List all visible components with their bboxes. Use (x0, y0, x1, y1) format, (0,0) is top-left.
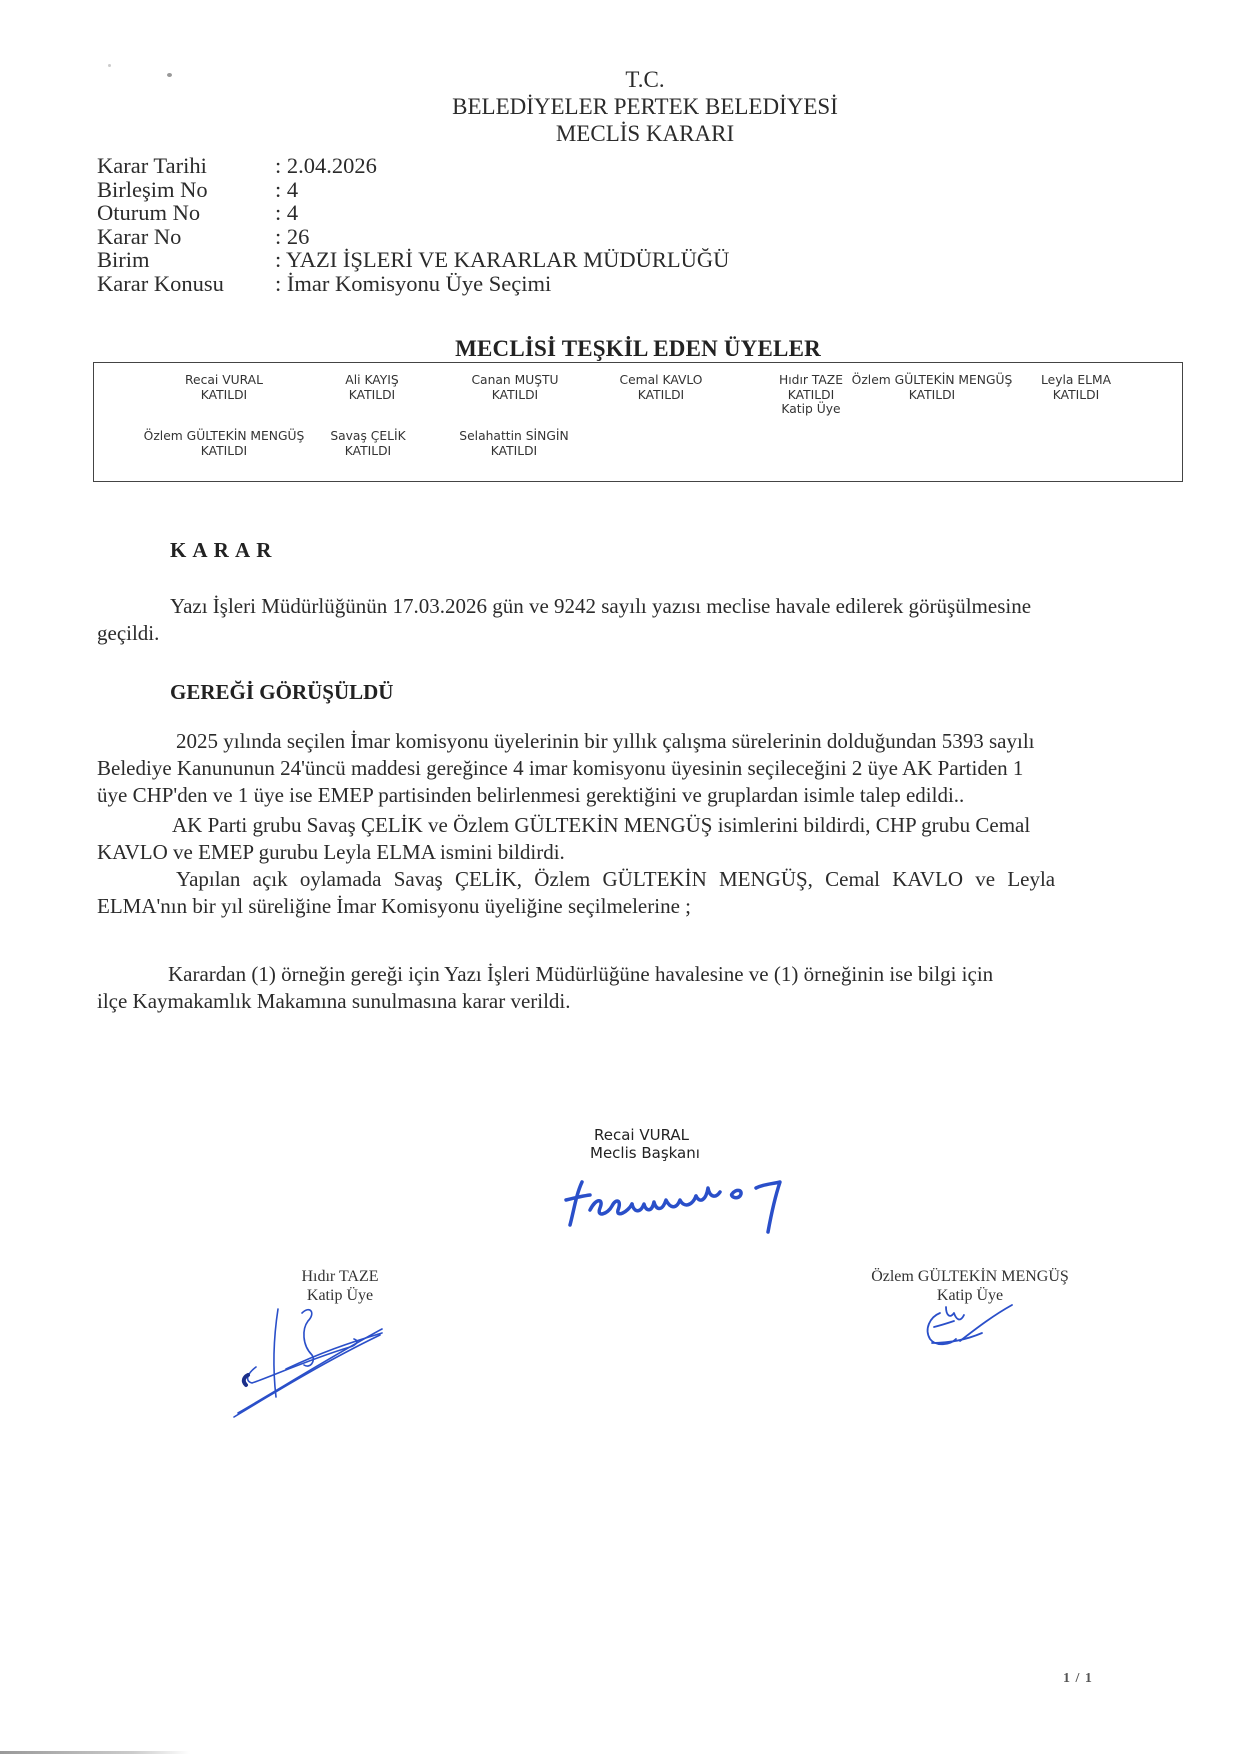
clerk-right-signature-icon (920, 1303, 1020, 1353)
meta-row-unit: Birim : YAZI İŞLERİ VE KARARLAR MÜDÜRLÜĞ… (97, 248, 729, 272)
decision-paragraph-1: 2025 yılında seçilen İmar komisyonu üyel… (97, 728, 1201, 809)
meta-label: Birim (97, 248, 275, 272)
decision-intro: Yazı İşleri Müdürlüğünün 17.03.2026 gün … (97, 593, 1201, 647)
meta-label: Karar Tarihi (97, 154, 275, 178)
text-line: Yazı İşleri Müdürlüğünün 17.03.2026 gün … (97, 593, 1201, 620)
member-status: KATILDI (620, 388, 703, 403)
meta-value: : 4 (275, 178, 298, 202)
header-document-type: MECLİS KARARI (0, 120, 1240, 147)
text-line: Yapılan açık oylamada Savaş ÇELİK, Özlem… (97, 866, 1201, 893)
text-line: 2025 yılında seçilen İmar komisyonu üyel… (97, 728, 1201, 755)
member-entry: Recai VURAL KATILDI (185, 373, 263, 402)
decision-paragraph-4: Karardan (1) örneğin gereği için Yazı İş… (97, 961, 1201, 1015)
member-entry: Savaş ÇELİK KATILDI (330, 429, 405, 458)
meta-row-decision-no: Karar No : 26 (97, 225, 729, 249)
text-line: Karardan (1) örneğin gereği için Yazı İş… (97, 961, 1201, 988)
member-name: Canan MUŞTU (471, 373, 558, 388)
text-line: Belediye Kanununun 24'üncü maddesi gereğ… (97, 755, 1201, 782)
meta-row-session-no: Birleşim No : 4 (97, 178, 729, 202)
discussed-title: GEREĞİ GÖRÜŞÜLDÜ (170, 680, 393, 705)
chair-title: Meclis Başkanı (590, 1144, 700, 1162)
meta-value: : YAZI İŞLERİ VE KARARLAR MÜDÜRLÜĞÜ (275, 248, 729, 272)
clerk-right-name: Özlem GÜLTEKİN MENGÜŞ (850, 1267, 1090, 1286)
meta-row-decision-date: Karar Tarihi : 2.04.2026 (97, 154, 729, 178)
text-line: ilçe Kaymakamlık Makamına sunulmasına ka… (97, 988, 1201, 1015)
decision-meta: Karar Tarihi : 2.04.2026 Birleşim No : 4… (97, 154, 729, 296)
member-status: KATILDI (330, 444, 405, 459)
member-name: Savaş ÇELİK (330, 429, 405, 444)
meta-value: : 2.04.2026 (275, 154, 377, 178)
header-municipality: BELEDİYELER PERTEK BELEDİYESİ (0, 93, 1240, 120)
decision-paragraph-3: Yapılan açık oylamada Savaş ÇELİK, Özlem… (97, 866, 1201, 920)
member-name: Recai VURAL (185, 373, 263, 388)
text-line: AK Parti grubu Savaş ÇELİK ve Özlem GÜLT… (97, 812, 1201, 839)
member-entry: Canan MUŞTU KATILDI (471, 373, 558, 402)
decision-title: K A R A R (170, 538, 272, 563)
chair-signature-icon (560, 1170, 820, 1240)
member-entry: Ali KAYIŞ KATILDI (345, 373, 398, 402)
member-status: KATILDI (471, 388, 558, 403)
meta-value: : 26 (275, 225, 309, 249)
chair-name: Recai VURAL (590, 1126, 700, 1144)
text-line: üye CHP'den ve 1 üye ise EMEP partisinde… (97, 782, 1201, 809)
member-status: KATILDI (779, 388, 843, 403)
clerk-left-title: Katip Üye (270, 1286, 410, 1305)
members-title: MECLİSİ TEŞKİL EDEN ÜYELER (0, 336, 1240, 362)
member-status: KATILDI (852, 388, 1013, 403)
member-status: KATILDI (345, 388, 398, 403)
member-entry: Leyla ELMA KATILDI (1041, 373, 1111, 402)
meta-label: Birleşim No (97, 178, 275, 202)
meta-label: Oturum No (97, 201, 275, 225)
member-name: Ali KAYIŞ (345, 373, 398, 388)
member-status: KATILDI (185, 388, 263, 403)
member-entry: Selahattin SİNGİN KATILDI (459, 429, 568, 458)
members-box: Recai VURAL KATILDI Ali KAYIŞ KATILDI Ca… (93, 362, 1183, 482)
clerk-left-signature-block: Hıdır TAZE Katip Üye (270, 1267, 410, 1305)
member-entry: Cemal KAVLO KATILDI (620, 373, 703, 402)
header-tc: T.C. (0, 66, 1240, 93)
member-name: Özlem GÜLTEKİN MENGÜŞ (144, 429, 305, 444)
member-status: KATILDI (1041, 388, 1111, 403)
clerk-left-signature-icon (230, 1305, 390, 1425)
meta-row-sitting-no: Oturum No : 4 (97, 201, 729, 225)
member-status: KATILDI (144, 444, 305, 459)
page-number: 1 / 1 (1063, 1671, 1093, 1687)
member-name: Leyla ELMA (1041, 373, 1111, 388)
member-entry: Özlem GÜLTEKİN MENGÜŞ KATILDI (852, 373, 1013, 402)
text-line: ELMA'nın bir yıl süreliğine İmar Komisyo… (97, 893, 1201, 920)
member-entry: Hıdır TAZE KATILDI Katip Üye (779, 373, 843, 417)
meta-label: Karar No (97, 225, 275, 249)
member-name: Cemal KAVLO (620, 373, 703, 388)
member-entry: Özlem GÜLTEKİN MENGÜŞ KATILDI (144, 429, 305, 458)
member-name: Selahattin SİNGİN (459, 429, 568, 444)
text-line: geçildi. (97, 620, 1201, 647)
document-header: T.C. BELEDİYELER PERTEK BELEDİYESİ MECLİ… (0, 66, 1240, 147)
meta-value: : İmar Komisyonu Üye Seçimi (275, 272, 551, 296)
meta-value: : 4 (275, 201, 298, 225)
scan-edge-line (0, 1751, 190, 1754)
text-line: KAVLO ve EMEP gurubu Leyla ELMA ismini b… (97, 839, 1201, 866)
member-name: Hıdır TAZE (779, 373, 843, 388)
decision-paragraph-2: AK Parti grubu Savaş ÇELİK ve Özlem GÜLT… (97, 812, 1201, 866)
meta-row-subject: Karar Konusu : İmar Komisyonu Üye Seçimi (97, 272, 729, 296)
clerk-right-signature-block: Özlem GÜLTEKİN MENGÜŞ Katip Üye (850, 1267, 1090, 1305)
member-role: Katip Üye (779, 402, 843, 417)
clerk-left-name: Hıdır TAZE (270, 1267, 410, 1286)
meta-label: Karar Konusu (97, 272, 275, 296)
chair-signature-block: Recai VURAL Meclis Başkanı (590, 1126, 700, 1162)
member-name: Özlem GÜLTEKİN MENGÜŞ (852, 373, 1013, 388)
member-status: KATILDI (459, 444, 568, 459)
